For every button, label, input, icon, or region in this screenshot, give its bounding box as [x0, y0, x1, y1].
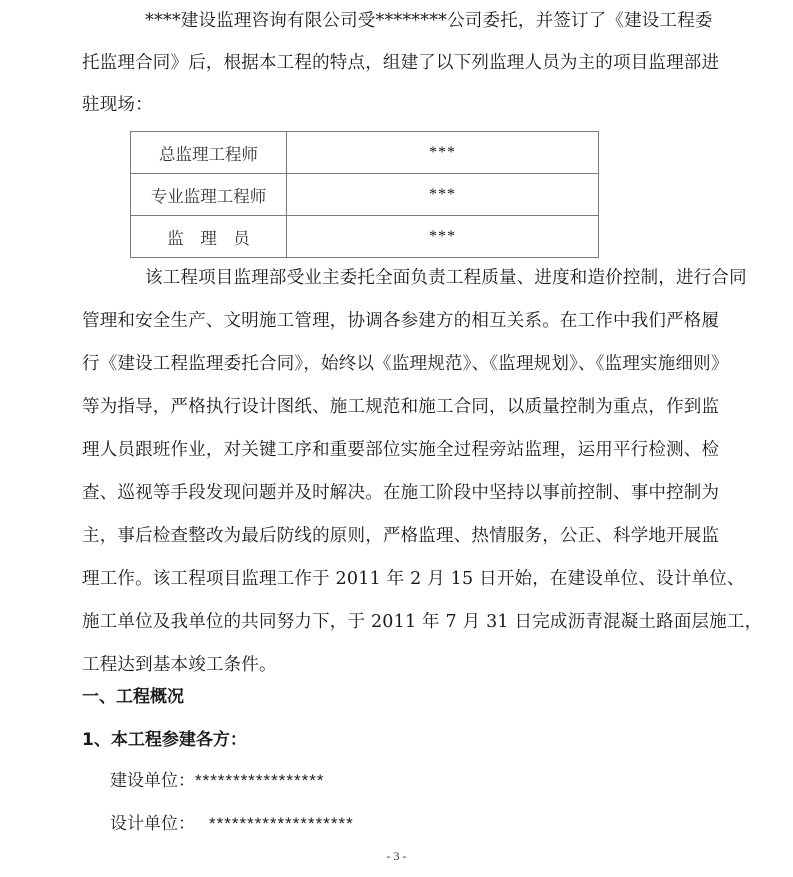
body-line-8: 理工作。该工程项目监理工作于 2011 年 2 月 15 日开始，在建设单位、设… [82, 567, 712, 591]
party-construction-unit: 建设单位：***************** [110, 769, 324, 793]
intro-line-3: 驻现场： [82, 93, 712, 117]
role-cell: 总监理工程师 [131, 132, 287, 174]
party-design-unit: 设计单位：******************* [110, 812, 354, 836]
document-page: ****建设监理咨询有限公司受********公司委托，并签订了《建设工程委 托… [0, 0, 793, 877]
staff-table: 总监理工程师 *** 专业监理工程师 *** 监 理 员 *** [130, 131, 599, 258]
body-line-6: 查、巡视等手段发现问题并及时解决。在施工阶段中坚持以事前控制、事中控制为 [82, 481, 712, 505]
body-line-2: 管理和安全生产、文明施工管理，协调各参建方的相互关系。在工作中我们严格履 [82, 309, 712, 333]
intro-line-1: ****建设监理咨询有限公司受********公司委托，并签订了《建设工程委 [145, 9, 712, 33]
party-value: ***************** [195, 771, 324, 790]
role-cell: 专业监理工程师 [131, 174, 287, 216]
name-cell: *** [287, 132, 599, 174]
body-line-3: 行《建设工程监理委托合同》，始终以《监理规范》、《监理规划》、《监理实施细则》 [82, 352, 712, 376]
subsection-heading: 1、本工程参建各方： [82, 728, 247, 752]
body-line-4: 等为指导，严格执行设计图纸、施工规范和施工合同，以质量控制为重点，作到监 [82, 395, 712, 419]
body-line-7: 主，事后检查整改为最后防线的原则，严格监理、热情服务，公正、科学地开展监 [82, 524, 712, 548]
body-line-5: 理人员跟班作业，对关键工序和重要部位实施全过程旁站监理，运用平行检测、检 [82, 438, 712, 462]
party-label: 建设单位： [110, 771, 195, 791]
name-cell: *** [287, 216, 599, 258]
body-line-9: 施工单位及我单位的共同努力下，于 2011 年 7 月 31 日完成沥青混凝土路… [82, 610, 712, 634]
party-label: 设计单位： [110, 814, 195, 834]
intro-line-2: 托监理合同》后，根据本工程的特点，组建了以下列监理人员为主的项目监理部进 [82, 51, 712, 75]
page-number: - 3 - [0, 849, 793, 864]
party-value: ******************* [209, 814, 354, 833]
body-line-1: 该工程项目监理部受业主委托全面负责工程质量、进度和造价控制，进行合同 [145, 266, 712, 290]
body-line-10: 工程达到基本竣工条件。 [82, 653, 712, 677]
table-row: 专业监理工程师 *** [131, 174, 599, 216]
table-row: 总监理工程师 *** [131, 132, 599, 174]
section-heading: 一、工程概况 [82, 685, 184, 709]
name-cell: *** [287, 174, 599, 216]
role-cell: 监 理 员 [131, 216, 287, 258]
table-row: 监 理 员 *** [131, 216, 599, 258]
